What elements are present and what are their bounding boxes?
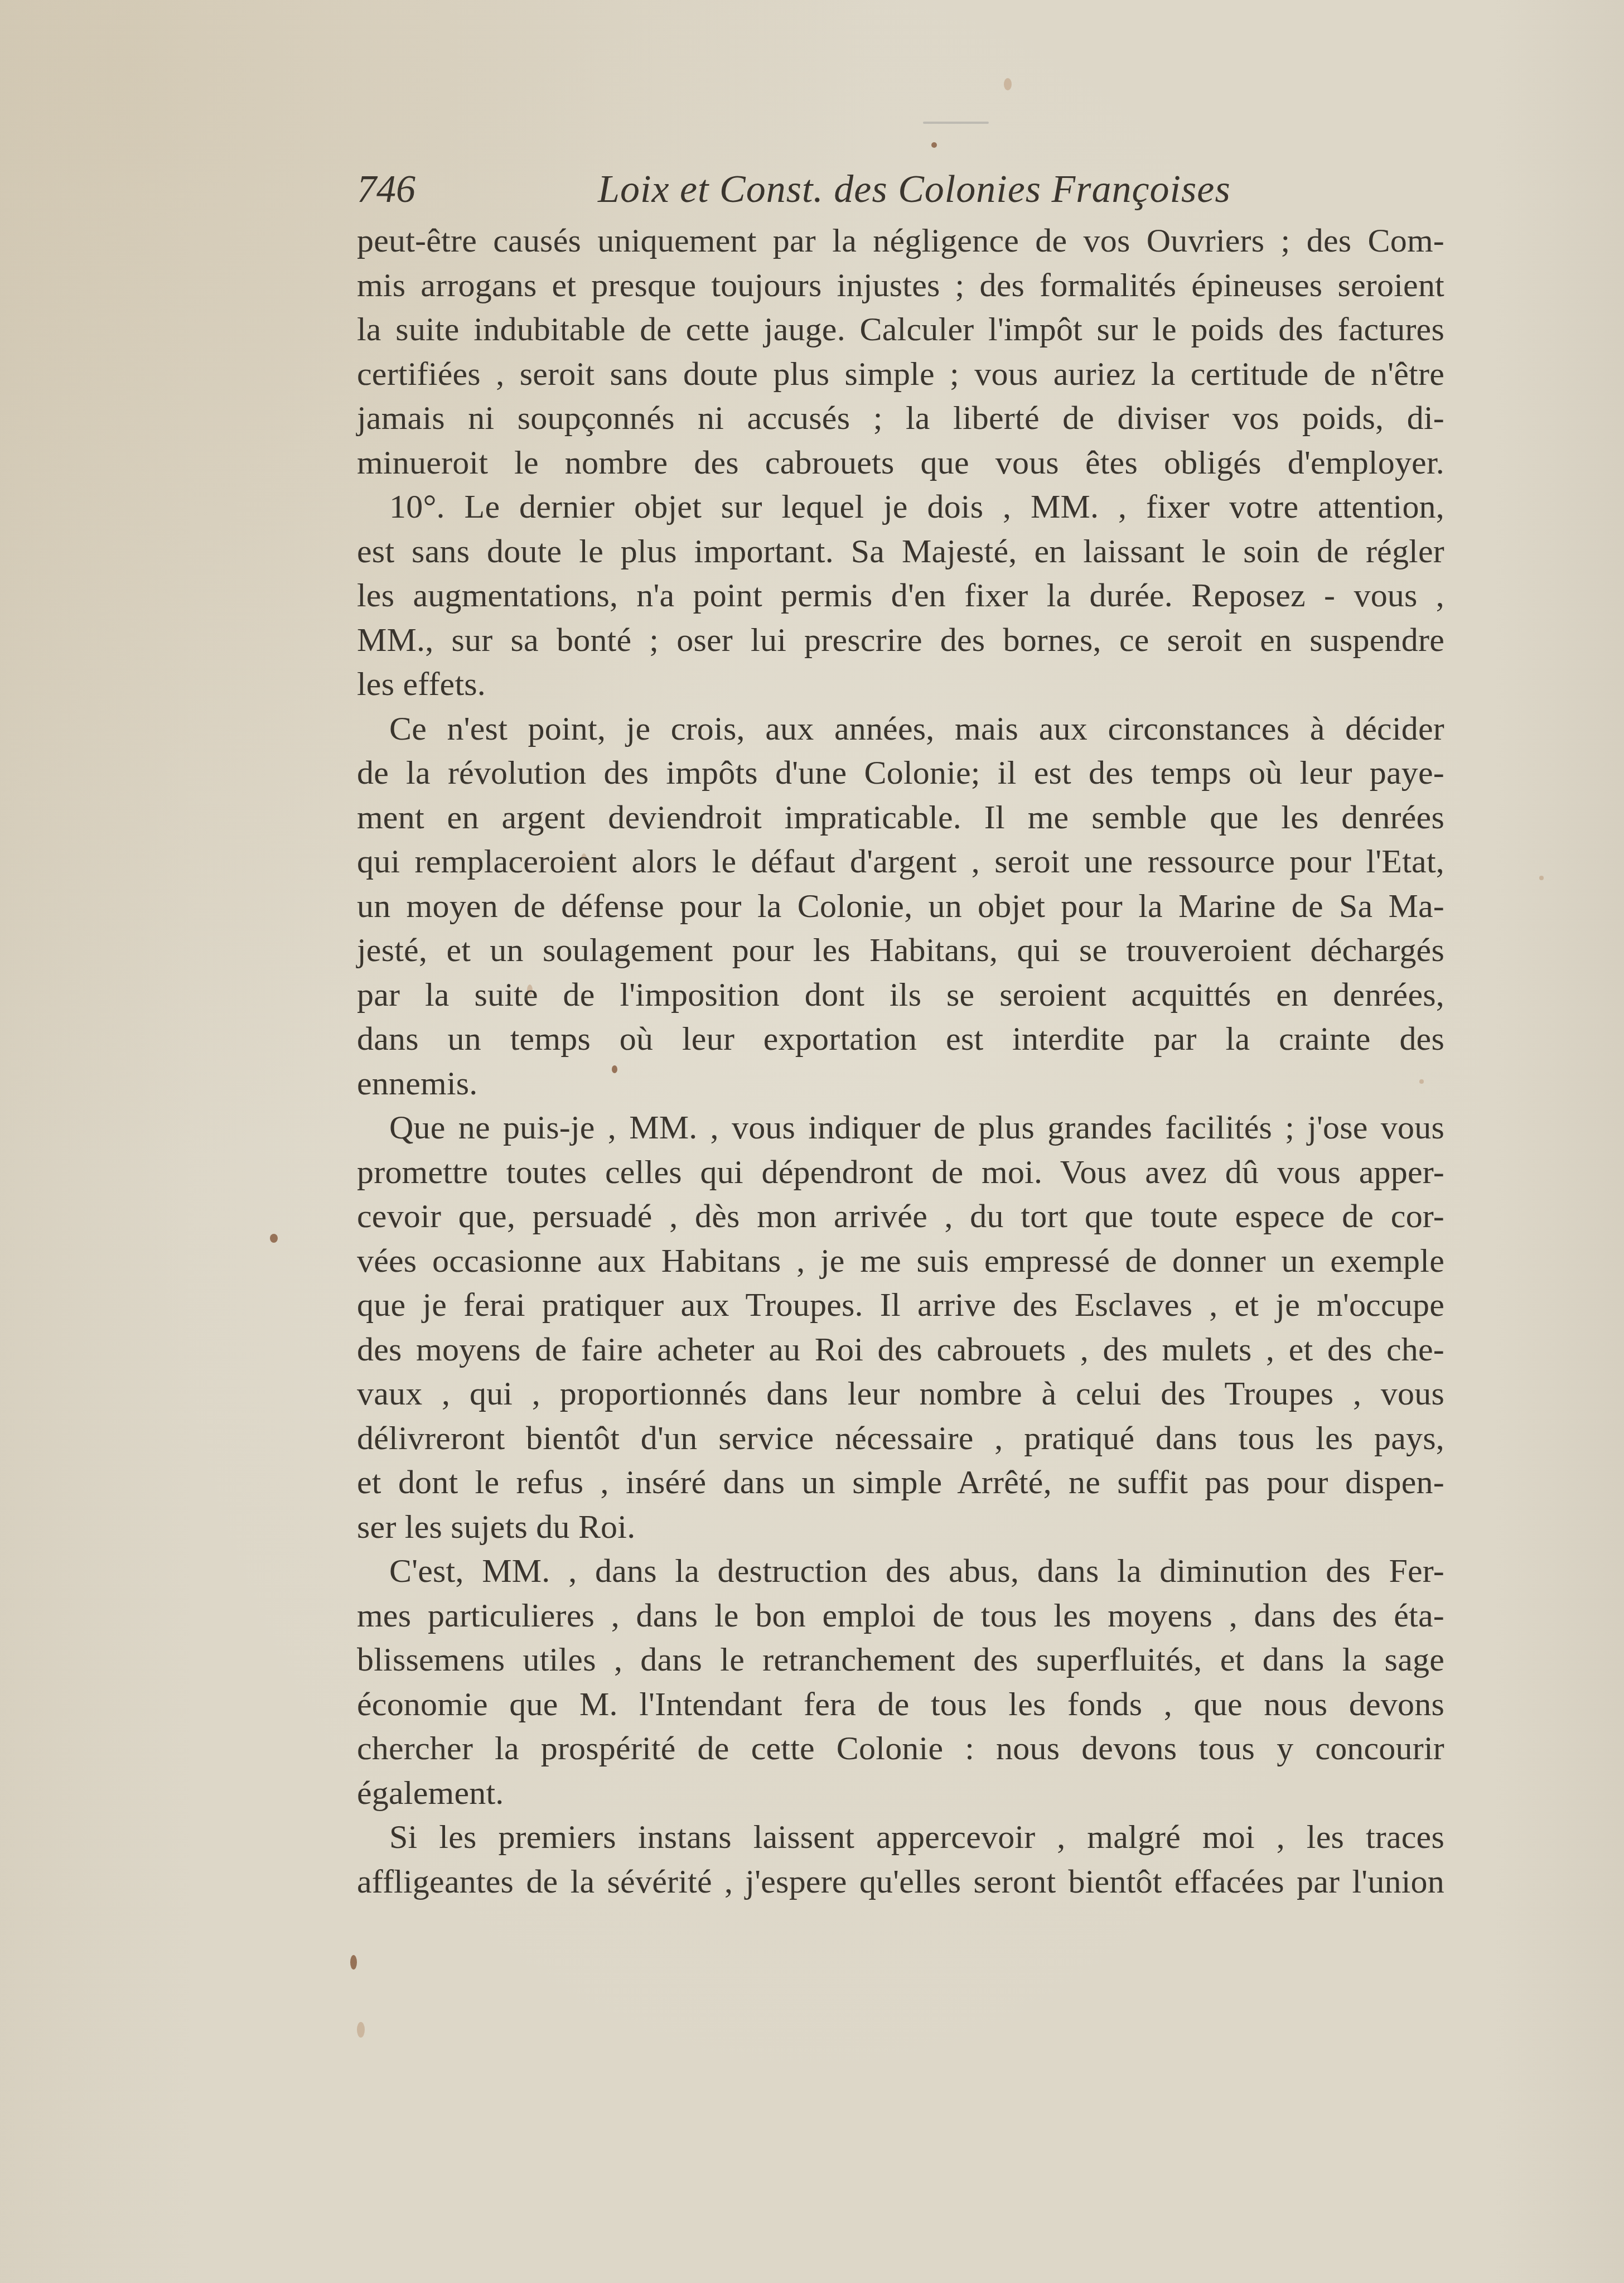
text-line: les augmentations, n'a point permis d'en… [357, 573, 1444, 618]
text-line: cevoir que, persuadé , dès mon arrivée ,… [357, 1194, 1444, 1239]
text-line: délivreront bientôt d'un service nécessa… [357, 1416, 1444, 1461]
foxing-spot [1539, 876, 1544, 880]
body-text: peut-être causés uniquement par la négli… [357, 219, 1444, 1904]
text-line: des moyens de faire acheter au Roi des c… [357, 1328, 1444, 1372]
text-line: mes particulieres , dans le bon emploi d… [357, 1594, 1444, 1638]
text-line: minueroit le nombre des cabrouets que vo… [357, 441, 1444, 485]
page-header: 746 Loix et Const. des Colonies François… [357, 163, 1450, 213]
paragraph: C'est, MM. , dans la destruction des abu… [357, 1549, 1444, 1815]
paragraph: Que ne puis-je , MM. , vous indiquer de … [357, 1106, 1444, 1549]
text-line: peut-être causés uniquement par la négli… [357, 219, 1444, 263]
text-line: ment en argent deviendroit impraticable.… [357, 795, 1444, 840]
text-line: par la suite de l'imposition dont ils se… [357, 973, 1444, 1017]
paragraph: 10°. Le dernier objet sur lequel je dois… [357, 485, 1444, 707]
text-line: économie que M. l'Intendant fera de tous… [357, 1682, 1444, 1727]
text-line: promettre toutes celles qui dépendront d… [357, 1150, 1444, 1195]
text-line: affligeantes de la sévérité , j'espere q… [357, 1860, 1444, 1904]
text-line: de la révolution des impôts d'une Coloni… [357, 751, 1444, 795]
foxing-spot [1004, 78, 1012, 90]
text-line: ennemis. [357, 1061, 1444, 1106]
text-line: chercher la prospérité de cette Colonie … [357, 1726, 1444, 1771]
running-title: Loix et Const. des Colonies Françoises [598, 167, 1231, 212]
paragraph: Ce n'est point, je crois, aux années, ma… [357, 707, 1444, 1106]
text-line: également. [357, 1771, 1444, 1816]
text-line: certifiées , seroit sans doute plus simp… [357, 352, 1444, 397]
foxing-spot [357, 2022, 365, 2038]
text-line: un moyen de défense pour la Colonie, un … [357, 884, 1444, 929]
text-line: Ce n'est point, je crois, aux années, ma… [357, 707, 1444, 751]
text-line: vées occasionne aux Habitans , je me sui… [357, 1239, 1444, 1283]
text-line: qui remplaceroient alors le défaut d'arg… [357, 839, 1444, 884]
text-line: que je ferai pratiquer aux Troupes. Il a… [357, 1283, 1444, 1328]
text-line: dans un temps où leur exportation est in… [357, 1017, 1444, 1061]
foxing-spot [270, 1234, 278, 1243]
text-line: 10°. Le dernier objet sur lequel je dois… [357, 485, 1444, 529]
text-line: est sans doute le plus important. Sa Maj… [357, 529, 1444, 574]
text-line: jamais ni soupçonnés ni accusés ; la lib… [357, 396, 1444, 441]
book-page: 746 Loix et Const. des Colonies François… [0, 0, 1624, 2283]
foxing-spot [350, 1955, 357, 1970]
paragraph: Si les premiers instans laissent apperce… [357, 1815, 1444, 1904]
text-line: ser les sujets du Roi. [357, 1505, 1444, 1550]
top-rule-mark [923, 122, 989, 124]
text-line: la suite indubitable de cette jauge. Cal… [357, 307, 1444, 352]
foxing-spot [931, 142, 937, 148]
text-line: et dont le refus , inséré dans un simple… [357, 1460, 1444, 1505]
text-line: les effets. [357, 662, 1444, 707]
text-line: Que ne puis-je , MM. , vous indiquer de … [357, 1106, 1444, 1150]
text-line: Si les premiers instans laissent apperce… [357, 1815, 1444, 1860]
page-number: 746 [357, 167, 415, 212]
paragraph: peut-être causés uniquement par la négli… [357, 219, 1444, 485]
text-line: jesté, et un soulagement pour les Habita… [357, 928, 1444, 973]
text-line: C'est, MM. , dans la destruction des abu… [357, 1549, 1444, 1594]
text-line: MM., sur sa bonté ; oser lui prescrire d… [357, 618, 1444, 663]
text-line: mis arrogans et presque toujours injuste… [357, 263, 1444, 308]
text-line: blissemens utiles , dans le retranchemen… [357, 1638, 1444, 1682]
text-line: vaux , qui , proportionnés dans leur nom… [357, 1372, 1444, 1416]
